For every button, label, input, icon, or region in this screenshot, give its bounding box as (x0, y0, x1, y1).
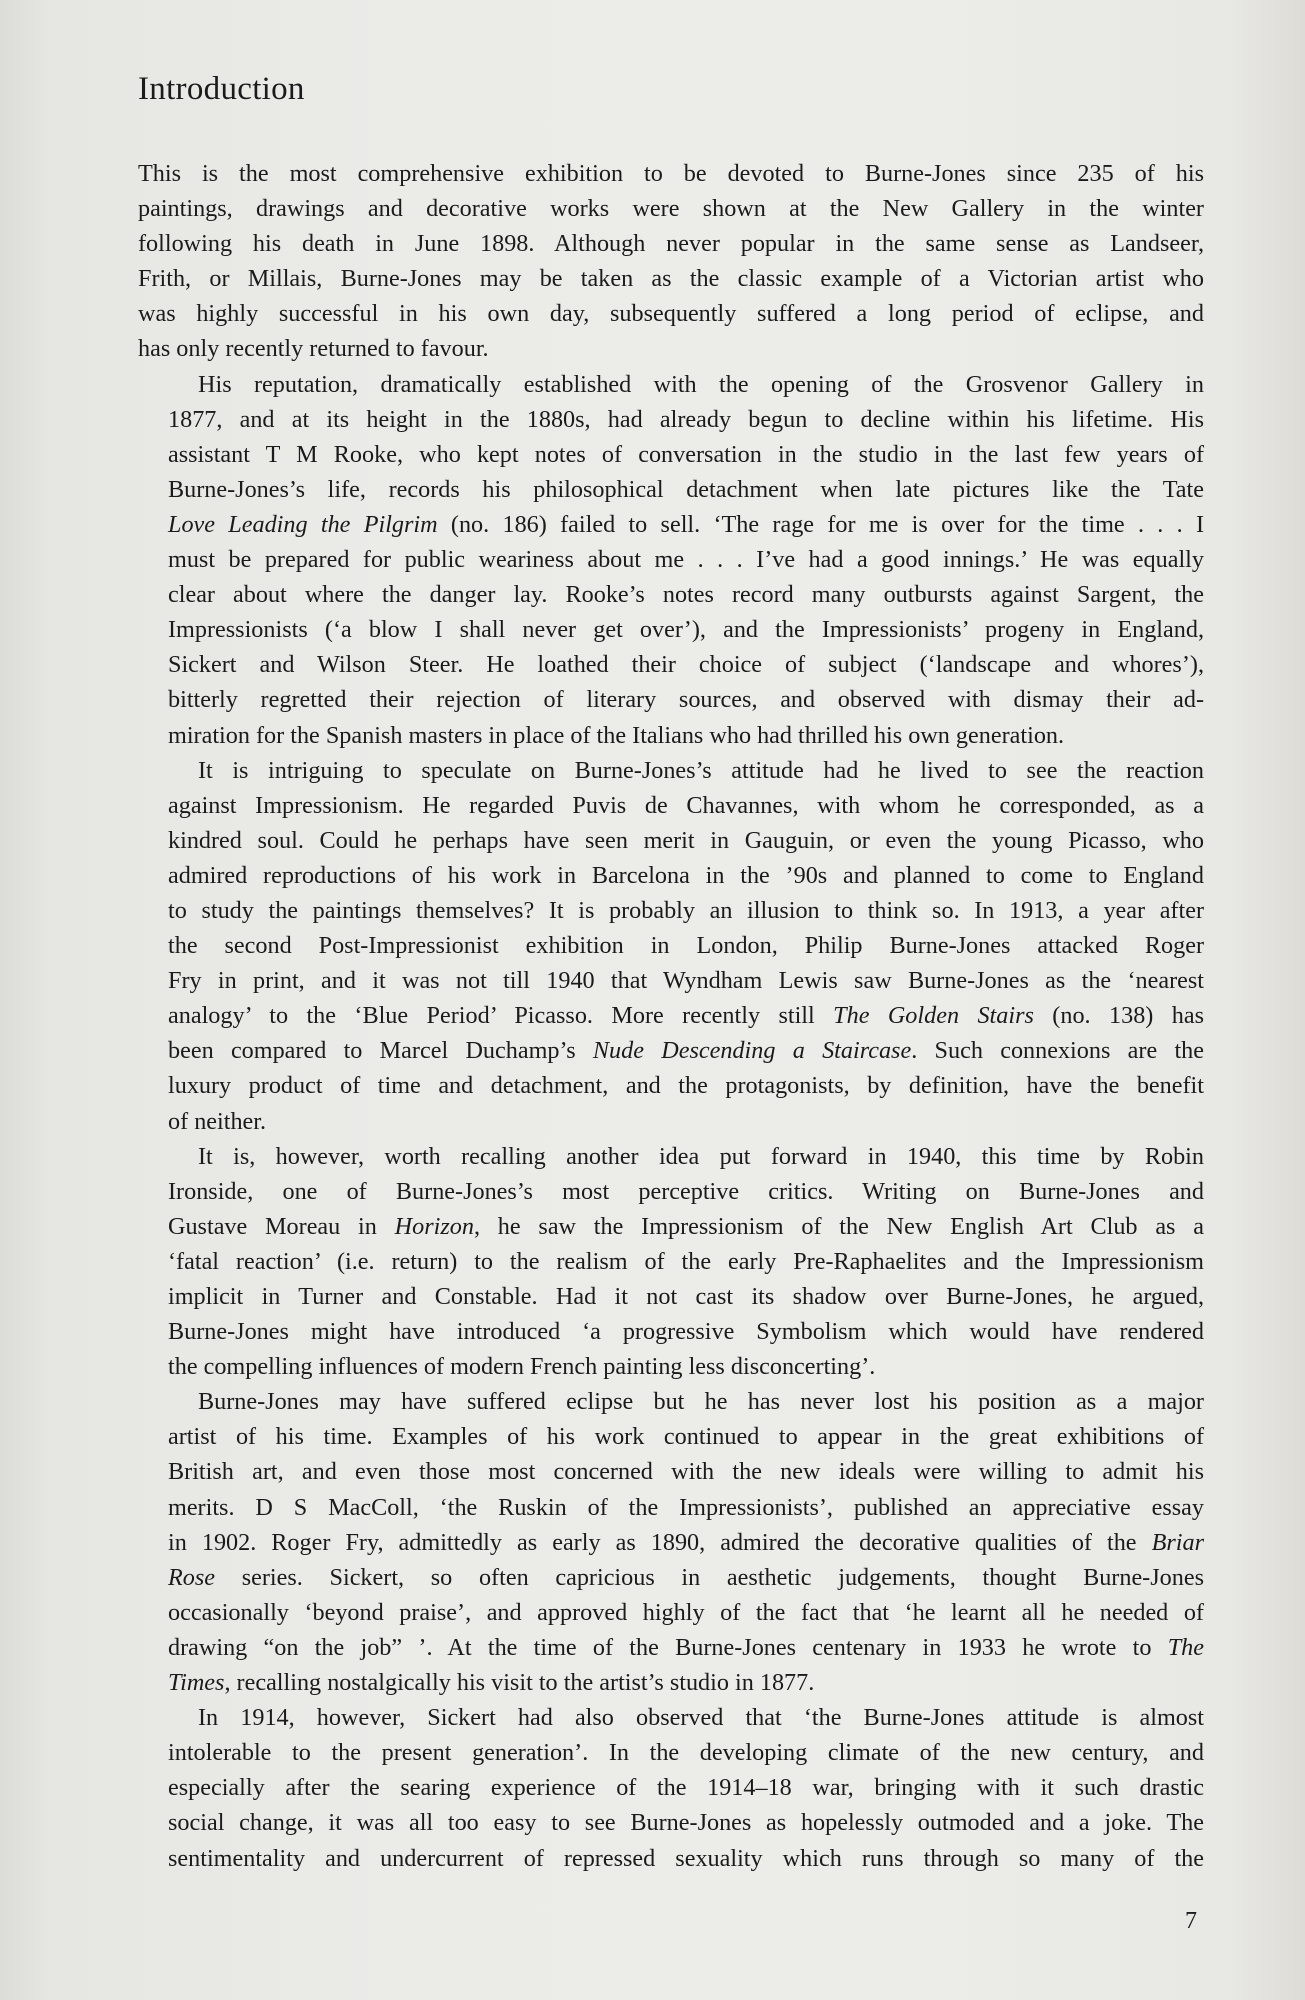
text-line: Frith, or Millais, Burne-Jones may be ta… (138, 261, 1204, 296)
text-line: It is intriguing to speculate on Burne-J… (138, 753, 1204, 788)
text-line: intolerable to the present generation’. … (138, 1735, 1204, 1770)
text-line: assistant T M Rooke, who kept notes of c… (138, 437, 1204, 472)
italic-title: The (1168, 1634, 1204, 1661)
italic-title: Nude Descending a Staircase (593, 1037, 911, 1064)
text-line: Burne-Jones’s life, records his philosop… (138, 472, 1204, 507)
paragraph: It is, however, worth recalling another … (138, 1139, 1204, 1385)
text-line: in 1902. Roger Fry, admittedly as early … (138, 1525, 1204, 1560)
text-line: drawing “on the job” ’. At the time of t… (138, 1630, 1204, 1665)
text-line: ‘fatal reaction’ (i.e. return) to the re… (138, 1244, 1204, 1279)
text-line: Burne-Jones might have introduced ‘a pro… (138, 1314, 1204, 1349)
body-text: This is the most comprehensive exhibitio… (138, 156, 1204, 1876)
text-line: clear about where the danger lay. Rooke’… (138, 577, 1204, 612)
paragraph: This is the most comprehensive exhibitio… (138, 156, 1204, 367)
page-title: Introduction (138, 62, 1204, 116)
text-line: was highly successful in his own day, su… (138, 296, 1204, 331)
italic-title: Briar (1152, 1529, 1204, 1556)
text-line: has only recently returned to favour. (138, 331, 1204, 366)
text-line: must be prepared for public weariness ab… (138, 542, 1204, 577)
text-line: His reputation, dramatically established… (138, 367, 1204, 402)
text-line: especially after the searing experience … (138, 1770, 1204, 1805)
text-line: implicit in Turner and Constable. Had it… (138, 1279, 1204, 1314)
italic-title: The Golden Stairs (833, 1002, 1034, 1029)
text-line: of neither. (138, 1104, 1204, 1139)
text-line: Impressionists (‘a blow I shall never ge… (138, 612, 1204, 647)
text-line: merits. D S MacColl, ‘the Ruskin of the … (138, 1490, 1204, 1525)
text-line: the second Post-Impressionist exhibition… (138, 928, 1204, 963)
text-line: bitterly regretted their rejection of li… (138, 682, 1204, 717)
text-line: Ironside, one of Burne-Jones’s most perc… (138, 1174, 1204, 1209)
text-line: admired reproductions of his work in Bar… (138, 858, 1204, 893)
text-line: analogy’ to the ‘Blue Period’ Picasso. M… (138, 998, 1204, 1033)
text-line: British art, and even those most concern… (138, 1454, 1204, 1489)
text-line: It is, however, worth recalling another … (138, 1139, 1204, 1174)
text-line: paintings, drawings and decorative works… (138, 191, 1204, 226)
text-line: miration for the Spanish masters in plac… (138, 718, 1204, 753)
italic-title: Horizon (395, 1213, 474, 1240)
page-number: 7 (1185, 1908, 1197, 1935)
paragraph: His reputation, dramatically established… (138, 367, 1204, 753)
text-line: occasionally ‘beyond praise’, and approv… (138, 1595, 1204, 1630)
text-line: sentimentality and undercurrent of repre… (138, 1841, 1204, 1876)
text-line: following his death in June 1898. Althou… (138, 226, 1204, 261)
text-line: In 1914, however, Sickert had also obser… (138, 1700, 1204, 1735)
text-line: 1877, and at its height in the 1880s, ha… (138, 402, 1204, 437)
paragraph: It is intriguing to speculate on Burne-J… (138, 753, 1204, 1139)
text-line: kindred soul. Could he perhaps have seen… (138, 823, 1204, 858)
text-line: Times, recalling nostalgically his visit… (138, 1665, 1204, 1700)
text-line: Rose series. Sickert, so often capriciou… (138, 1560, 1204, 1595)
text-line: been compared to Marcel Duchamp’s Nude D… (138, 1033, 1204, 1068)
text-line: artist of his time. Examples of his work… (138, 1419, 1204, 1454)
text-line: Love Leading the Pilgrim (no. 186) faile… (138, 507, 1204, 542)
text-line: luxury product of time and detachment, a… (138, 1068, 1204, 1103)
text-line: against Impressionism. He regarded Puvis… (138, 788, 1204, 823)
italic-title: Rose (168, 1564, 215, 1591)
italic-title: Times (168, 1669, 224, 1696)
text-line: social change, it was all too easy to se… (138, 1805, 1204, 1840)
text-line: Fry in print, and it was not till 1940 t… (138, 963, 1204, 998)
text-line: Sickert and Wilson Steer. He loathed the… (138, 647, 1204, 682)
paragraph: In 1914, however, Sickert had also obser… (138, 1700, 1204, 1875)
paragraph: Burne-Jones may have suffered eclipse bu… (138, 1384, 1204, 1700)
text-line: the compelling influences of modern Fren… (138, 1349, 1204, 1384)
document-page: Introduction This is the most comprehens… (138, 62, 1204, 1876)
text-line: Burne-Jones may have suffered eclipse bu… (138, 1384, 1204, 1419)
text-line: to study the paintings themselves? It is… (138, 893, 1204, 928)
text-line: Gustave Moreau in Horizon, he saw the Im… (138, 1209, 1204, 1244)
italic-title: Love Leading the Pilgrim (168, 511, 438, 538)
text-line: This is the most comprehensive exhibitio… (138, 156, 1204, 191)
